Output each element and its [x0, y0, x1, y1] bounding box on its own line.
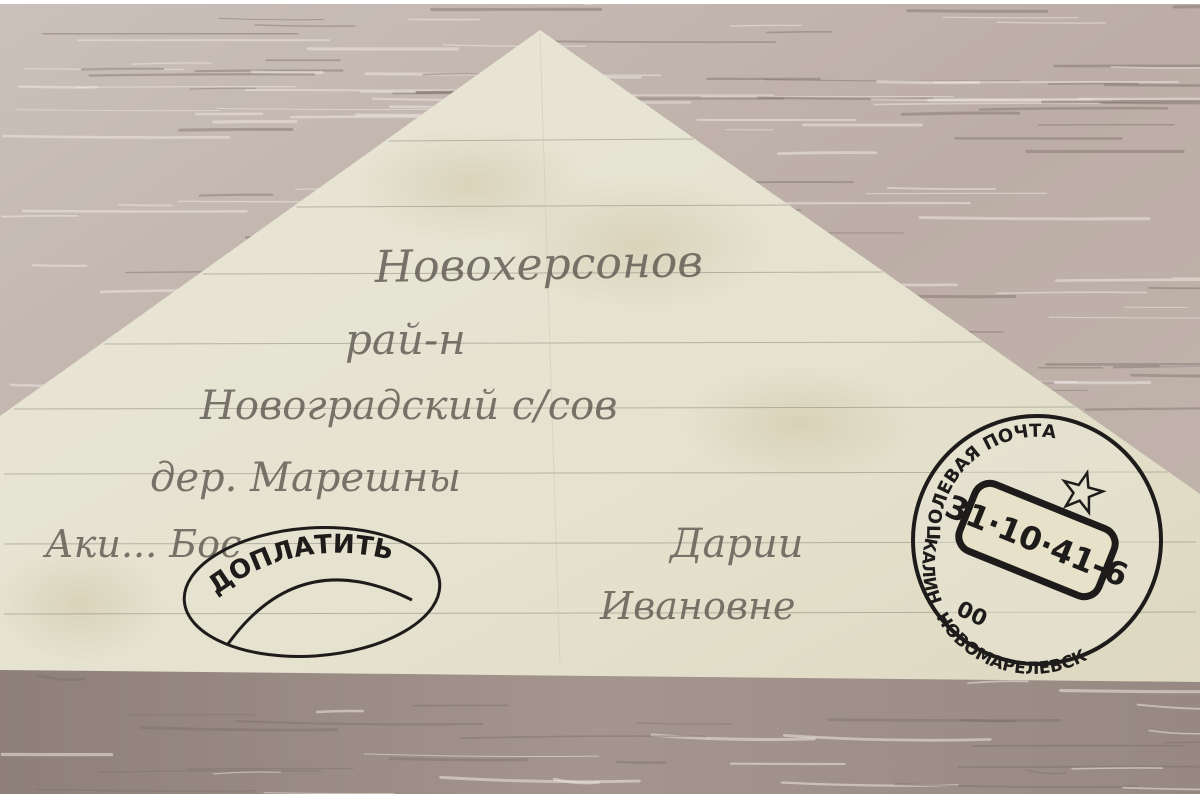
address-line-7: Ивановне	[599, 584, 795, 628]
address-line-2: рай-н	[345, 315, 466, 364]
address-line-4: дер. Марешны	[150, 455, 461, 501]
address-line-6: Дарии	[668, 521, 804, 567]
address-line-1: Новохерсонов	[373, 236, 703, 293]
letter-photo: Новохерсонов рай-н Новоградский с/сов де…	[0, 4, 1200, 794]
address-line-3: Новоградский с/сов	[199, 383, 618, 429]
